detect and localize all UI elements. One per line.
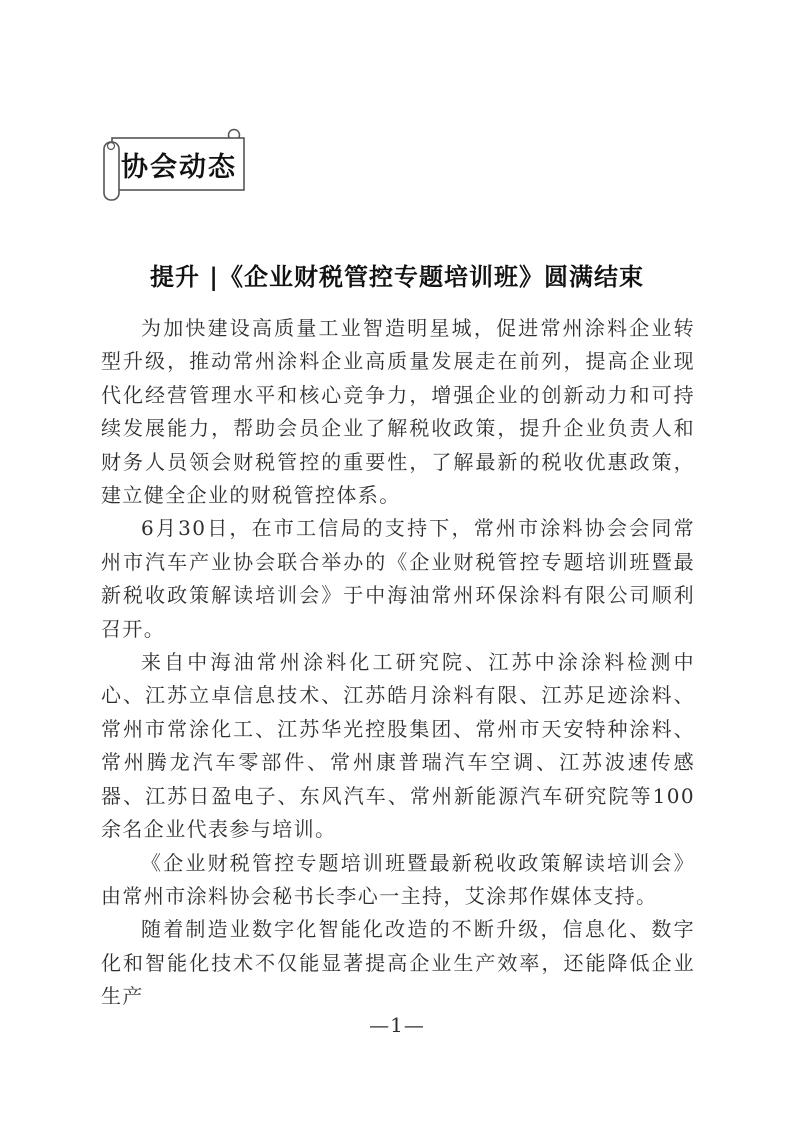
article-paragraph: 随着制造业数字化智能化改造的不断升级，信息化、数字化和智能化技术不仅能显著提高企… <box>101 913 695 1013</box>
article-paragraph: 来自中海油常州涂料化工研究院、江苏中涂涂料检测中心、江苏立卓信息技术、江苏皓月涂… <box>101 646 695 846</box>
article-title: 提升 |《企业财税管控专题培训班》圆满结束 <box>0 257 794 292</box>
page-number: —1— <box>0 1013 794 1037</box>
article-paragraph: 6月30日，在市工信局的支持下，常州市涂料协会会同常州市汽车产业协会联合举办的《… <box>101 512 695 646</box>
article-paragraph: 《企业财税管控专题培训班暨最新税收政策解读培训会》由常州市涂料协会秘书长李心一主… <box>101 847 695 914</box>
article-paragraph: 为加快建设高质量工业智造明星城，促进常州涂料企业转型升级，推动常州涂料企业高质量… <box>101 312 695 512</box>
section-banner: 协会动态 <box>100 126 252 208</box>
document-page: 协会动态 提升 |《企业财税管控专题培训班》圆满结束 为加快建设高质量工业智造明… <box>0 0 794 1123</box>
section-banner-label: 协会动态 <box>114 139 244 190</box>
article-body: 为加快建设高质量工业智造明星城，促进常州涂料企业转型升级，推动常州涂料企业高质量… <box>101 312 695 1014</box>
